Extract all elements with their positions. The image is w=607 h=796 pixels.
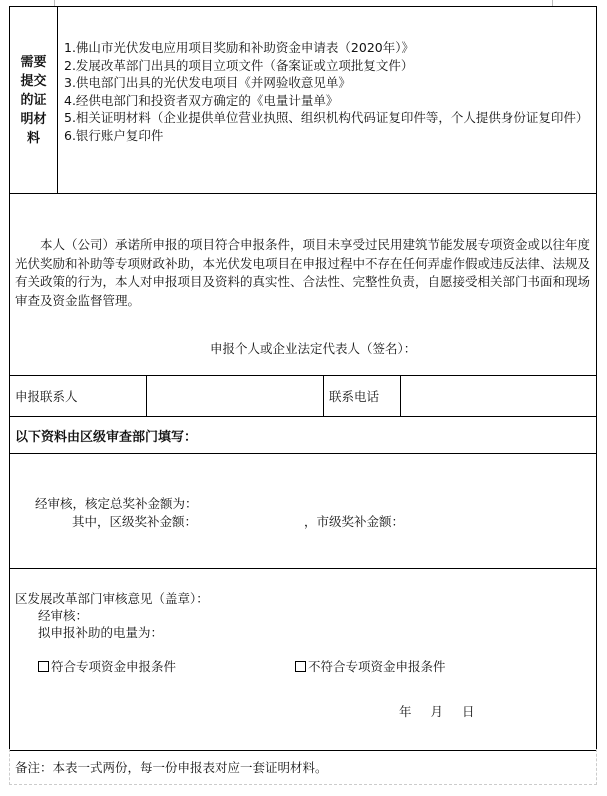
review-opinion-row: 区发展改革部门审核意见（盖章）： 经审核： 拟申报补助的电量为： 符合专项资金申… (10, 569, 596, 750)
checkbox-icon[interactable] (38, 661, 49, 672)
material-item: 4.经供电部门和投资者双方确定的《电量计量单》 (64, 92, 590, 110)
pledge-row: 本人（公司）承诺所申报的项目符合申报条件，项目未享受过民用建筑节能发展专项资金或… (10, 194, 596, 376)
required-materials-row: 需要 提交 的证 明材 料 1.佛山市光伏发电应用项目奖励和补助资金申请表（20… (10, 7, 596, 194)
option-not-meets[interactable]: 不符合专项资金申报条件 (295, 657, 446, 675)
option-meets[interactable]: 符合专项资金申报条件 (38, 657, 176, 675)
required-materials-label: 需要 提交 的证 明材 料 (10, 7, 58, 193)
material-item: 3.供电部门出具的光伏发电项目《并网验收意见单》 (64, 74, 590, 92)
material-item: 2.发展改革部门出具的项目立项文件（备案证或立项批复文件） (64, 57, 590, 75)
phone-field[interactable] (401, 376, 596, 416)
pledge-statement: 本人（公司）承诺所申报的项目符合申报条件，项目未享受过民用建筑节能发展专项资金或… (15, 236, 590, 310)
required-materials-list: 1.佛山市光伏发电应用项目奖励和补助资金申请表（2020年）》 2.发展改革部门… (58, 7, 596, 193)
city-subsidy-label: ，市级奖补金额： (304, 512, 404, 530)
date-line: 年月日 (399, 702, 494, 720)
date-year: 年 (399, 704, 412, 719)
footer-note: 备注：本表一式两份，每一份申报表对应一套证明材料。 (9, 749, 597, 785)
district-subsidy-label: 其中，区级奖补金额： (72, 512, 197, 530)
reviewed-label: 经审核： (38, 606, 88, 624)
power-amount-label: 拟申报补助的电量为： (38, 623, 163, 641)
subsidy-amount-row: 经审核，核定总奖补金额为： 其中，区级奖补金额： ，市级奖补金额： (10, 454, 596, 569)
phone-label: 联系电话 (324, 376, 401, 416)
contact-person-label: 申报联系人 (10, 376, 147, 416)
signature-label: 申报个人或企业法定代表人（签名）： (210, 339, 416, 357)
material-item: 1.佛山市光伏发电应用项目奖励和补助资金申请表（2020年）》 (64, 39, 590, 57)
contact-person-field[interactable] (147, 376, 324, 416)
material-item: 6.银行账户复印件 (64, 127, 590, 145)
date-day: 日 (462, 704, 475, 719)
contact-row: 申报联系人 联系电话 (10, 376, 596, 417)
total-subsidy-label: 经审核，核定总奖补金额为： (35, 494, 198, 512)
application-form: 需要 提交 的证 明材 料 1.佛山市光伏发电应用项目奖励和补助资金申请表（20… (9, 6, 597, 751)
review-opinion-title: 区发展改革部门审核意见（盖章）： (15, 589, 209, 607)
material-item: 5.相关证明材料（企业提供单位营业执照、组织机构代码证复印件等，个人提供身份证复… (64, 109, 590, 127)
dept-section-heading: 以下资料由区级审查部门填写： (10, 417, 596, 454)
date-month: 月 (431, 704, 444, 719)
checkbox-icon[interactable] (295, 661, 306, 672)
